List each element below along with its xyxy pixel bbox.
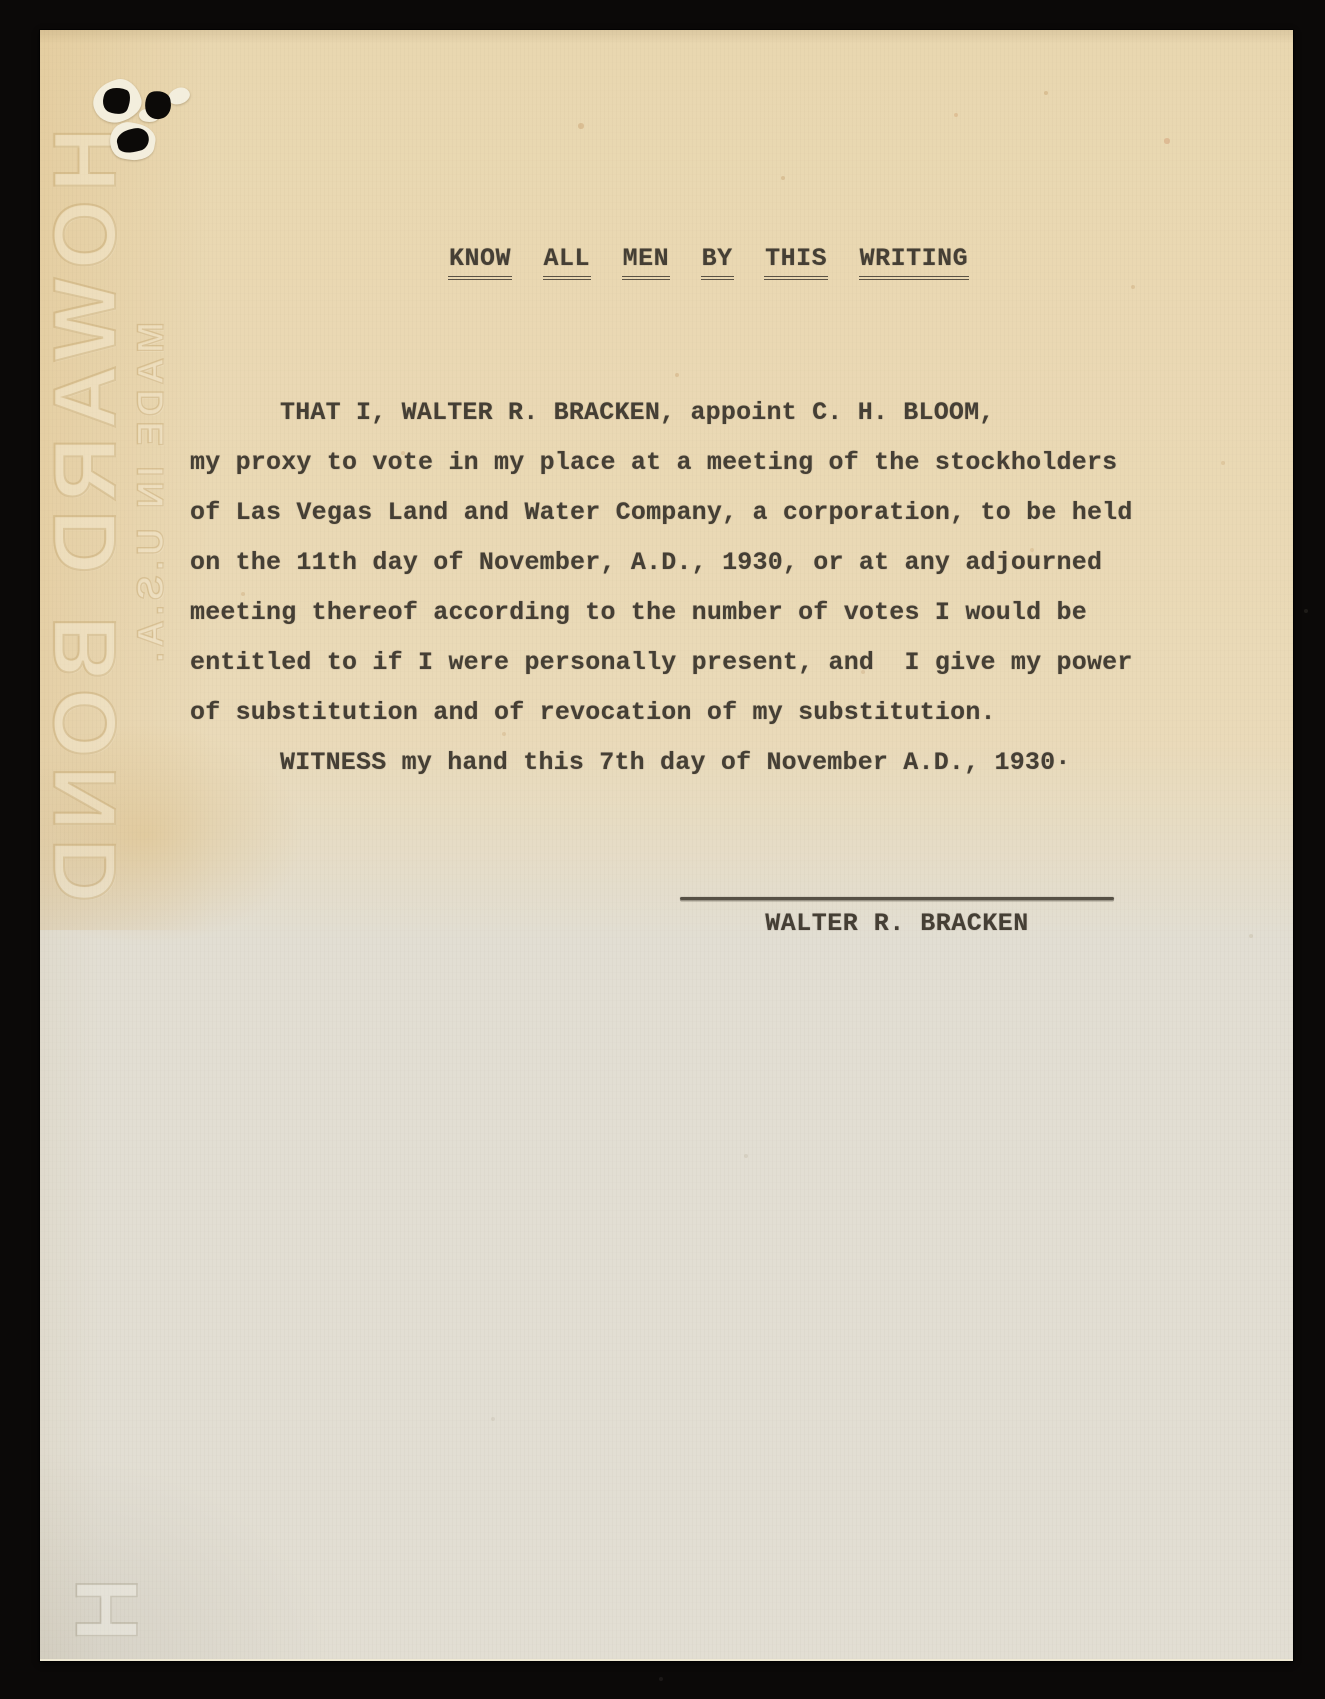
scan-backdrop: HOWARD BOND MADE IN U.S.A. H KNOW ALL ME… xyxy=(0,0,1325,1699)
title-word: KNOW xyxy=(448,244,512,280)
document-body: THAT I, WALTER R. BRACKEN, appoint C. H.… xyxy=(190,388,1133,788)
watermark-partial-letter: H xyxy=(56,1578,158,1651)
title-word: ALL xyxy=(543,244,592,280)
watermark-howard-bond: HOWARD BOND xyxy=(40,128,136,911)
body-line: entitled to if I were personally present… xyxy=(190,638,1133,688)
body-line: meeting thereof according to the number … xyxy=(190,588,1133,638)
watermark-made-in-usa: MADE IN U.S.A. xyxy=(130,322,172,667)
body-line: of substitution and of revocation of my … xyxy=(190,688,1133,738)
aged-left-edge-tint xyxy=(40,30,210,930)
body-line: on the 11th day of November, A.D., 1930,… xyxy=(190,538,1133,588)
title-word: BY xyxy=(701,244,734,280)
title-word: THIS xyxy=(764,244,828,280)
signature-block: WALTER R. BRACKEN xyxy=(680,897,1114,939)
document-title: KNOW ALL MEN BY THIS WRITING xyxy=(448,244,969,280)
body-line: THAT I, WALTER R. BRACKEN, appoint C. H.… xyxy=(190,388,1133,438)
backdrop-dust-specks xyxy=(0,0,2,2)
title-word: WRITING xyxy=(859,244,970,280)
signature-line xyxy=(680,897,1114,900)
foxing-specks xyxy=(40,30,42,32)
title-word: MEN xyxy=(622,244,671,280)
body-line: WITNESS my hand this 7th day of November… xyxy=(190,738,1133,788)
document-page: HOWARD BOND MADE IN U.S.A. H KNOW ALL ME… xyxy=(40,30,1293,1661)
signature-name: WALTER R. BRACKEN xyxy=(680,909,1114,939)
aged-top-edge xyxy=(40,30,1293,44)
body-line: of Las Vegas Land and Water Company, a c… xyxy=(190,488,1133,538)
body-line: my proxy to vote in my place at a meetin… xyxy=(190,438,1133,488)
